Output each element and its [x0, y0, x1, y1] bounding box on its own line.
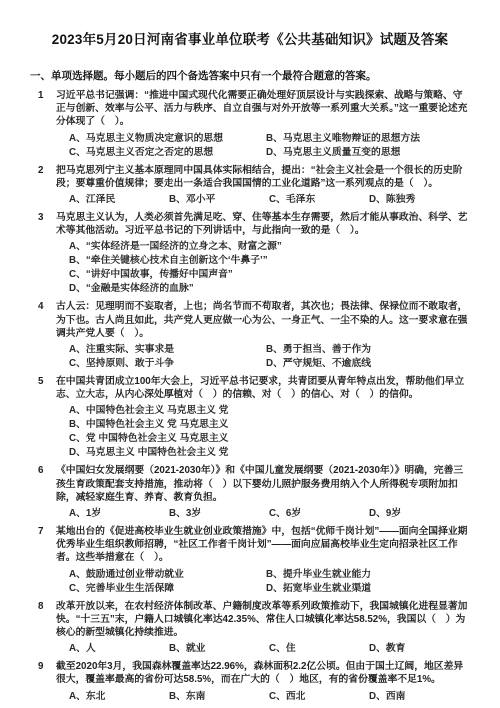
question-text: 在中国共青团成立100年大会上，习近平总书记要求，共青团要从青年特点出发，帮助他… — [56, 375, 470, 401]
options-group: A、1岁B、3岁C、6岁D、9岁 — [69, 507, 470, 520]
option: C、住 — [269, 642, 369, 655]
option: A、鼓励通过创业带动就业 — [69, 568, 266, 581]
option: C、党 中国特色社会主义 马克思主义 — [69, 432, 470, 445]
question-item: 4古人云：见理明而不妄取者，上也；尚名节而不苟取者，其次也；畏法律、保禄位而不敢… — [30, 300, 470, 373]
question-item: 2把马克思列宁主义基本原理同中国具体实际相结合，提出：“社会主义社会是一个很长的… — [30, 164, 470, 209]
option: D、西南 — [369, 690, 470, 703]
options-group: A、马克思主义物质决定意识的思想B、马克思主义唯物辩证的思想方法C、马克思主义否… — [69, 132, 470, 159]
option: D、拓宽毕业生就业渠道 — [266, 582, 470, 595]
option: A、“实体经济是一国经济的立身之本、财富之源” — [69, 240, 470, 253]
option: B、3岁 — [169, 507, 269, 520]
question-number: 6 — [30, 464, 56, 477]
question-body: 某地出台的《促进高校毕业生就业创业政策措施》中，包括“优师千岗计划”——面向全国… — [56, 525, 470, 598]
option: B、邓小平 — [169, 193, 269, 206]
question-item: 1习近平总书记强调：“推进中国式现代化需要正确处理好顶层设计与实践探索、战略与策… — [30, 89, 470, 162]
options-group: A、人B、就业C、住D、教育 — [69, 642, 470, 655]
option: C、西北 — [269, 690, 369, 703]
option: B、“牵住关键核心技术自主创新这个‘牛鼻子’” — [69, 254, 470, 267]
question-body: 截至2020年3月，我国森林覆盖率达22.96%，森林面积2.2亿公顷。但由于国… — [56, 660, 470, 705]
options-group: A、东北B、东南C、西北D、西南 — [69, 690, 470, 703]
question-text: 古人云：见理明而不妄取者，上也；尚名节而不苟取者，其次也；畏法律、保禄位而不敢取… — [56, 300, 470, 340]
page-title: 2023年5月20日河南省事业单位联考《公共基础知识》试题及答案 — [48, 30, 452, 49]
option: B、中国特色社会主义 党 马克思主义 — [69, 418, 470, 431]
question-number: 2 — [30, 164, 56, 177]
option: D、陈独秀 — [369, 193, 470, 206]
options-group: A、“实体经济是一国经济的立身之本、财富之源”B、“牵住关键核心技术自主创新这个… — [69, 240, 470, 295]
question-body: 马克思主义认为，人类必须首先满足吃、穿、住等基本生存需要，然后才能从事政治、科学… — [56, 211, 470, 298]
option: C、毛泽东 — [269, 193, 369, 206]
option: A、马克思主义物质决定意识的思想 — [69, 132, 266, 145]
option: B、提升毕业生就业能力 — [266, 568, 470, 581]
option: A、中国特色社会主义 马克思主义 党 — [69, 404, 470, 417]
option: C、6岁 — [269, 507, 369, 520]
question-number: 7 — [30, 525, 56, 538]
option: B、就业 — [169, 642, 269, 655]
option: D、马克思主义质量互变的思想 — [266, 146, 470, 159]
question-number: 5 — [30, 375, 56, 388]
question-number: 4 — [30, 300, 56, 313]
question-text: 某地出台的《促进高校毕业生就业创业政策措施》中，包括“优师千岗计划”——面向全国… — [56, 525, 470, 565]
options-group: A、注重实际、实事求是B、勇于担当、善于作为C、坚持原则、敢于斗争D、严守规矩、… — [69, 343, 470, 370]
question-text: 把马克思列宁主义基本原理同中国具体实际相结合，提出：“社会主义社会是一个很长的历… — [56, 164, 470, 190]
question-item: 3马克思主义认为，人类必须首先满足吃、穿、住等基本生存需要，然后才能从事政治、科… — [30, 211, 470, 298]
option: A、东北 — [69, 690, 169, 703]
exam-document-page: 2023年5月20日河南省事业单位联考《公共基础知识》试题及答案 一、单项选择题… — [0, 0, 500, 708]
question-body: 在中国共青团成立100年大会上，习近平总书记要求，共青团要从青年特点出发，帮助他… — [56, 375, 470, 462]
option: C、马克思主义否定之否定的思想 — [69, 146, 266, 159]
question-item: 9截至2020年3月，我国森林覆盖率达22.96%，森林面积2.2亿公顷。但由于… — [30, 660, 470, 705]
question-text: 《中国妇女发展纲要（2021-2030年）》和《中国儿童发展纲要（2021-20… — [56, 464, 470, 504]
option: C、完善毕业生生活保障 — [69, 582, 266, 595]
section-header: 一、单项选择题。每小题后的四个备选答案中只有一个最符合题意的答案。 — [30, 69, 470, 83]
question-item: 5在中国共青团成立100年大会上，习近平总书记要求，共青团要从青年特点出发，帮助… — [30, 375, 470, 462]
option: A、江泽民 — [69, 193, 169, 206]
question-number: 8 — [30, 600, 56, 613]
options-group: A、鼓励通过创业带动就业B、提升毕业生就业能力C、完善毕业生生活保障D、拓宽毕业… — [69, 568, 470, 595]
question-list: 1习近平总书记强调：“推进中国式现代化需要正确处理好顶层设计与实践探索、战略与策… — [30, 89, 470, 706]
question-body: 改革开放以来，在农村经济体制改革、户籍制度改革等系列政策推动下，我国城镇化进程显… — [56, 600, 470, 659]
option: B、马克思主义唯物辩证的思想方法 — [266, 132, 470, 145]
question-text: 马克思主义认为，人类必须首先满足吃、穿、住等基本生存需要，然后才能从事政治、科学… — [56, 211, 470, 237]
option: A、人 — [69, 642, 169, 655]
question-text: 习近平总书记强调：“推进中国式现代化需要正确处理好顶层设计与实践探索、战略与策略… — [56, 89, 470, 129]
option: C、坚持原则、敢于斗争 — [69, 357, 266, 370]
question-body: 《中国妇女发展纲要（2021-2030年）》和《中国儿童发展纲要（2021-20… — [56, 464, 470, 523]
question-text: 截至2020年3月，我国森林覆盖率达22.96%，森林面积2.2亿公顷。但由于国… — [56, 660, 470, 686]
option: D、9岁 — [369, 507, 470, 520]
option: B、东南 — [169, 690, 269, 703]
question-body: 习近平总书记强调：“推进中国式现代化需要正确处理好顶层设计与实践探索、战略与策略… — [56, 89, 470, 162]
question-item: 7某地出台的《促进高校毕业生就业创业政策措施》中，包括“优师千岗计划”——面向全… — [30, 525, 470, 598]
option: D、马克思主义 中国特色社会主义 党 — [69, 446, 470, 459]
question-number: 3 — [30, 211, 56, 224]
option: A、1岁 — [69, 507, 169, 520]
options-group: A、中国特色社会主义 马克思主义 党B、中国特色社会主义 党 马克思主义C、党 … — [69, 404, 470, 459]
question-number: 9 — [30, 660, 56, 673]
option: D、教育 — [369, 642, 470, 655]
question-number: 1 — [30, 89, 56, 102]
question-text: 改革开放以来，在农村经济体制改革、户籍制度改革等系列政策推动下，我国城镇化进程显… — [56, 600, 470, 640]
option: D、严守规矩、不逾底线 — [266, 357, 470, 370]
option: C、“讲好中国故事，传播好中国声音” — [69, 268, 470, 281]
question-item: 8改革开放以来，在农村经济体制改革、户籍制度改革等系列政策推动下，我国城镇化进程… — [30, 600, 470, 659]
options-group: A、江泽民B、邓小平C、毛泽东D、陈独秀 — [69, 193, 470, 206]
option: D、“金融是实体经济的血脉” — [69, 282, 470, 295]
option: A、注重实际、实事求是 — [69, 343, 266, 356]
question-body: 把马克思列宁主义基本原理同中国具体实际相结合，提出：“社会主义社会是一个很长的历… — [56, 164, 470, 209]
option: B、勇于担当、善于作为 — [266, 343, 470, 356]
question-body: 古人云：见理明而不妄取者，上也；尚名节而不苟取者，其次也；畏法律、保禄位而不敢取… — [56, 300, 470, 373]
question-item: 6《中国妇女发展纲要（2021-2030年）》和《中国儿童发展纲要（2021-2… — [30, 464, 470, 523]
